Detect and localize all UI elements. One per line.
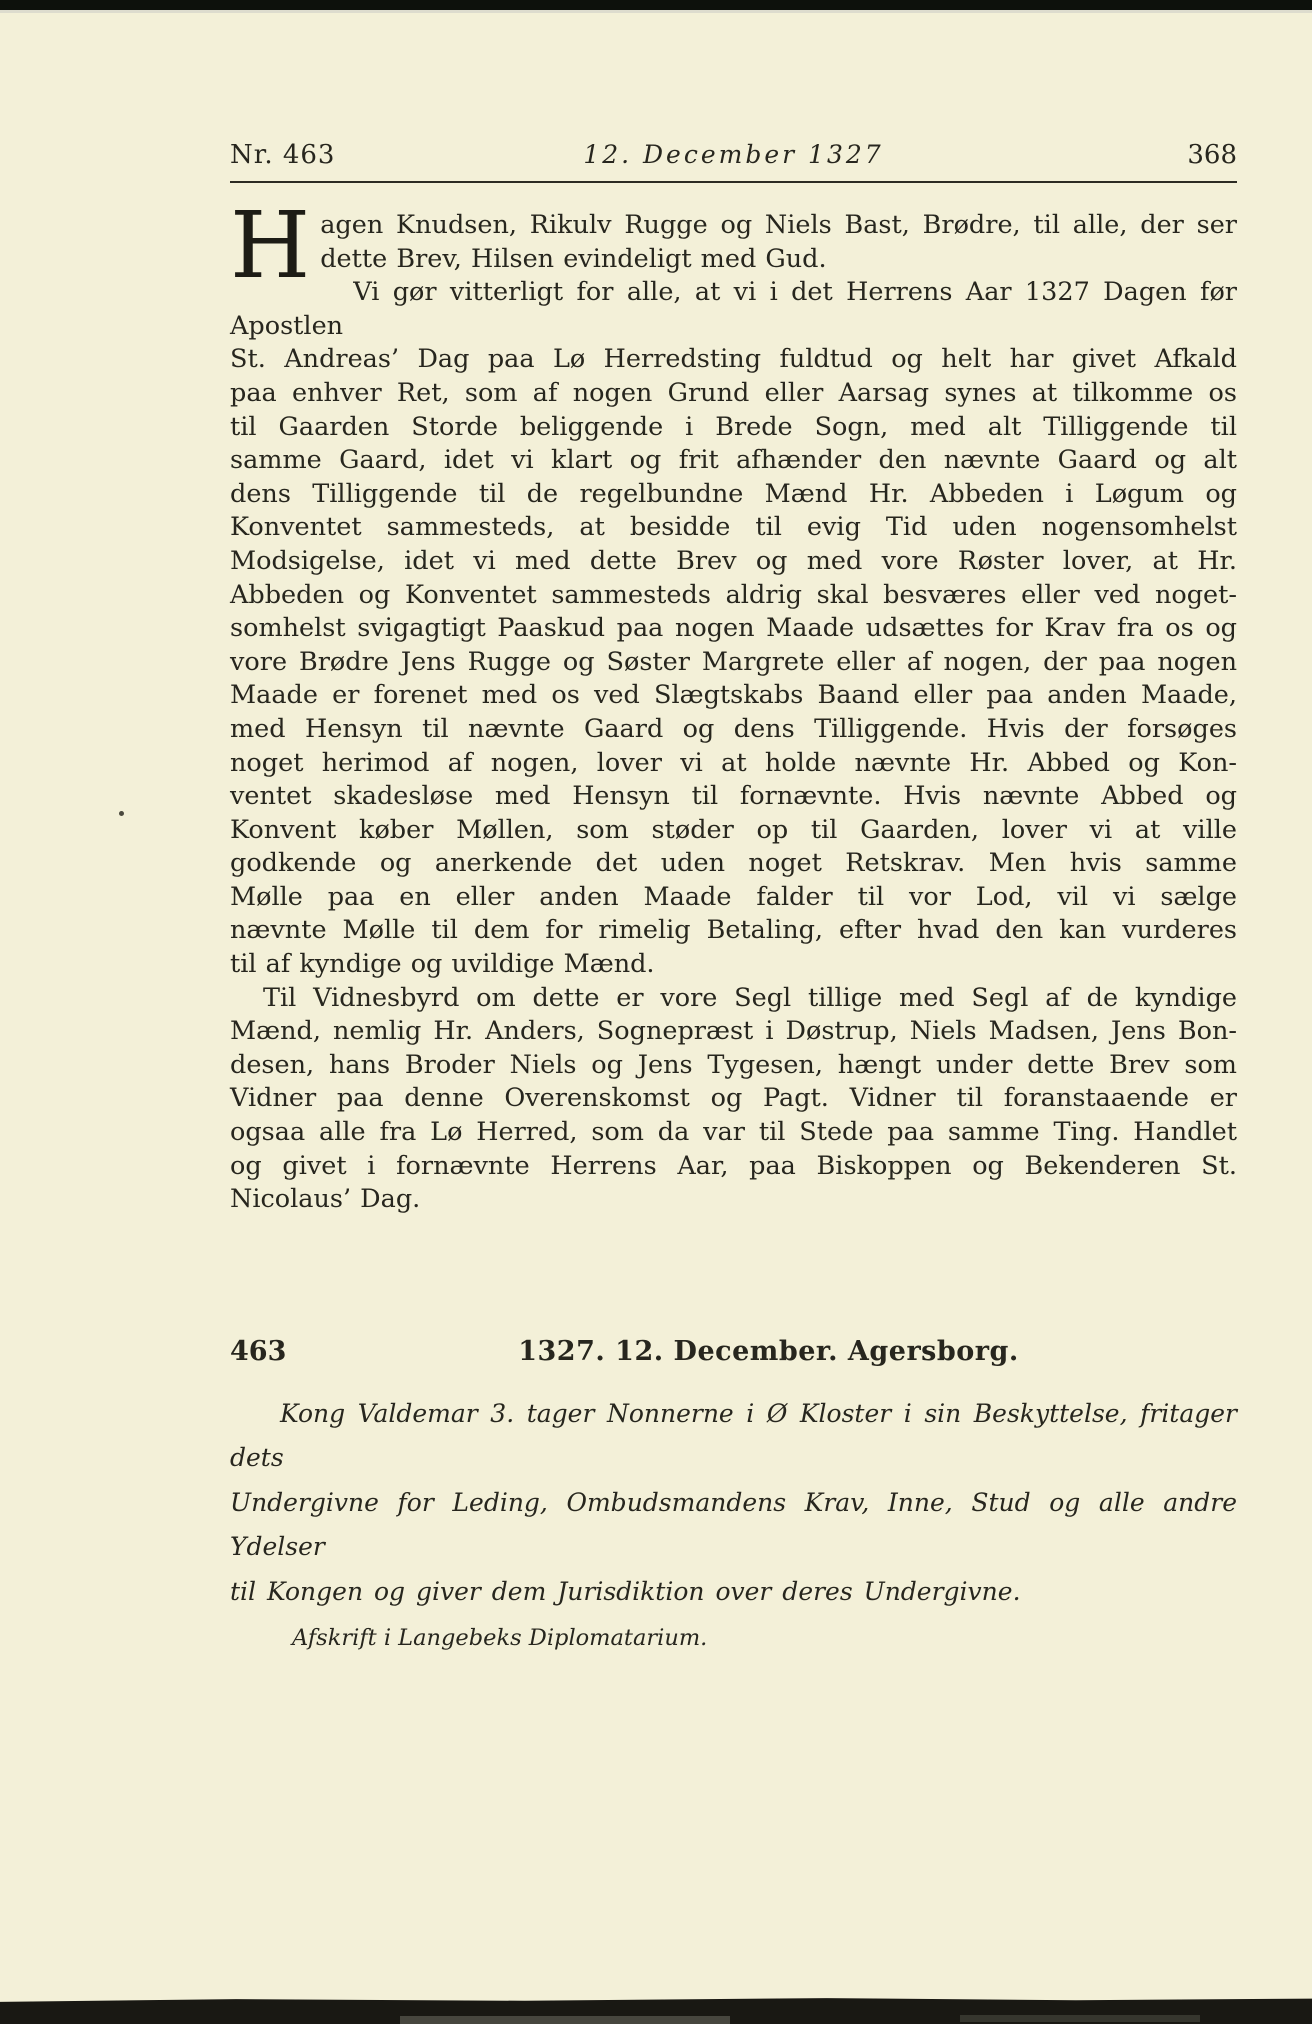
page-content: Nr. 463 12. December 1327 368 H agen Knu… bbox=[230, 140, 1237, 1651]
text-line: til Gaarden Storde beliggende i Brede So… bbox=[230, 411, 1237, 445]
witness-paragraph: Til Vidnesbyrd om dette er vore Segl til… bbox=[230, 982, 1237, 1217]
text-line: til af kyndige og uvildige Mænd. bbox=[230, 948, 1237, 982]
entry-463-summary: Kong Valdemar 3. tager Nonnerne i Ø Klos… bbox=[230, 1392, 1237, 1615]
text-line: dette Brev, Hilsen evindeligt med Gud. bbox=[230, 243, 1237, 277]
text-line: desen, hans Broder Niels og Jens Tygesen… bbox=[230, 1049, 1237, 1083]
text-line: paa enhver Ret, som af nogen Grund eller… bbox=[230, 377, 1237, 411]
text-line: Vi gør vitterligt for alle, at vi i det … bbox=[230, 276, 1237, 343]
text-line: ogsaa alle fra Lø Herred, som da var til… bbox=[230, 1116, 1237, 1150]
entry-463-heading: 463 1327. 12. December. Agersborg. bbox=[230, 1336, 1237, 1367]
text-line: Mænd, nemlig Hr. Anders, Sognepræst i Dø… bbox=[230, 1015, 1237, 1049]
text-line: Nicolaus’ Dag. bbox=[230, 1183, 1237, 1217]
text-line: Modsigelse, idet vi med dette Brev og me… bbox=[230, 545, 1237, 579]
text-line: agen Knudsen, Rikulv Rugge og Niels Bast… bbox=[230, 209, 1237, 243]
scan-edge-bottom bbox=[0, 1997, 1312, 2024]
text-line: Kong Valdemar 3. tager Nonnerne i Ø Klos… bbox=[230, 1392, 1237, 1481]
text-line: noget herimod af nogen, lover vi at hold… bbox=[230, 747, 1237, 781]
header-rule bbox=[230, 181, 1237, 183]
text-line: Konventet sammesteds, at besidde til evi… bbox=[230, 511, 1237, 545]
entry-463-title: 1327. 12. December. Agersborg. bbox=[420, 1336, 1117, 1367]
text-line: vore Brødre Jens Rugge og Søster Margret… bbox=[230, 646, 1237, 680]
text-line: somhelst svigagtigt Paaskud paa nogen Ma… bbox=[230, 612, 1237, 646]
running-head: Nr. 463 12. December 1327 368 bbox=[230, 140, 1237, 170]
text-line: til Kongen og giver dem Jurisdiktion ove… bbox=[230, 1570, 1237, 1615]
text-line: med Hensyn til nævnte Gaard og dens Till… bbox=[230, 713, 1237, 747]
scan-edge-top bbox=[0, 0, 1312, 13]
text-line: Abbeden og Konventet sammesteds aldrig s… bbox=[230, 579, 1237, 613]
scan-edge-patch bbox=[960, 2015, 1200, 2022]
drop-cap: H bbox=[230, 209, 320, 277]
opening-paragraph: H agen Knudsen, Rikulv Rugge og Niels Ba… bbox=[230, 209, 1237, 276]
text-line: Mølle paa en eller anden Maade falder ti… bbox=[230, 881, 1237, 915]
opening-lines: agen Knudsen, Rikulv Rugge og Niels Bast… bbox=[230, 209, 1237, 276]
scanned-book-page: { "header": { "number": "Nr. 463", "date… bbox=[0, 0, 1312, 2024]
text-line: Vidner paa denne Overenskomst og Pagt. V… bbox=[230, 1082, 1237, 1116]
ink-dot-artifact bbox=[119, 811, 124, 816]
entry-462-text: H agen Knudsen, Rikulv Rugge og Niels Ba… bbox=[230, 209, 1237, 1217]
text-line: Til Vidnesbyrd om dette er vore Segl til… bbox=[230, 982, 1237, 1016]
text-line: dens Tilliggende til de regelbundne Mænd… bbox=[230, 478, 1237, 512]
page-number: 368 bbox=[1017, 140, 1237, 170]
text-line: samme Gaard, idet vi klart og frit afhæn… bbox=[230, 444, 1237, 478]
text-line: Maade er forenet med os ved Slægtskabs B… bbox=[230, 679, 1237, 713]
source-note: Afskrift i Langebeks Diplomatarium. bbox=[292, 1625, 1237, 1651]
scan-edge-patch bbox=[400, 2016, 730, 2024]
text-line: og givet i fornævnte Herrens Aar, paa Bi… bbox=[230, 1150, 1237, 1184]
entry-number-running: Nr. 463 bbox=[230, 140, 450, 170]
text-line: Undergivne for Leding, Ombudsmandens Kra… bbox=[230, 1481, 1237, 1570]
running-head-date: 12. December 1327 bbox=[450, 140, 1017, 169]
text-line: nævnte Mølle til dem for rimelig Betalin… bbox=[230, 914, 1237, 948]
text-line: godkende og anerkende det uden noget Ret… bbox=[230, 847, 1237, 881]
text-line: ventet skadesløse med Hensyn til fornævn… bbox=[230, 780, 1237, 814]
entry-463-number: 463 bbox=[230, 1336, 420, 1367]
main-paragraph: Vi gør vitterligt for alle, at vi i det … bbox=[230, 276, 1237, 981]
text-line: St. Andreas’ Dag paa Lø Herredsting fuld… bbox=[230, 343, 1237, 377]
text-line: Konvent køber Møllen, som støder op til … bbox=[230, 814, 1237, 848]
